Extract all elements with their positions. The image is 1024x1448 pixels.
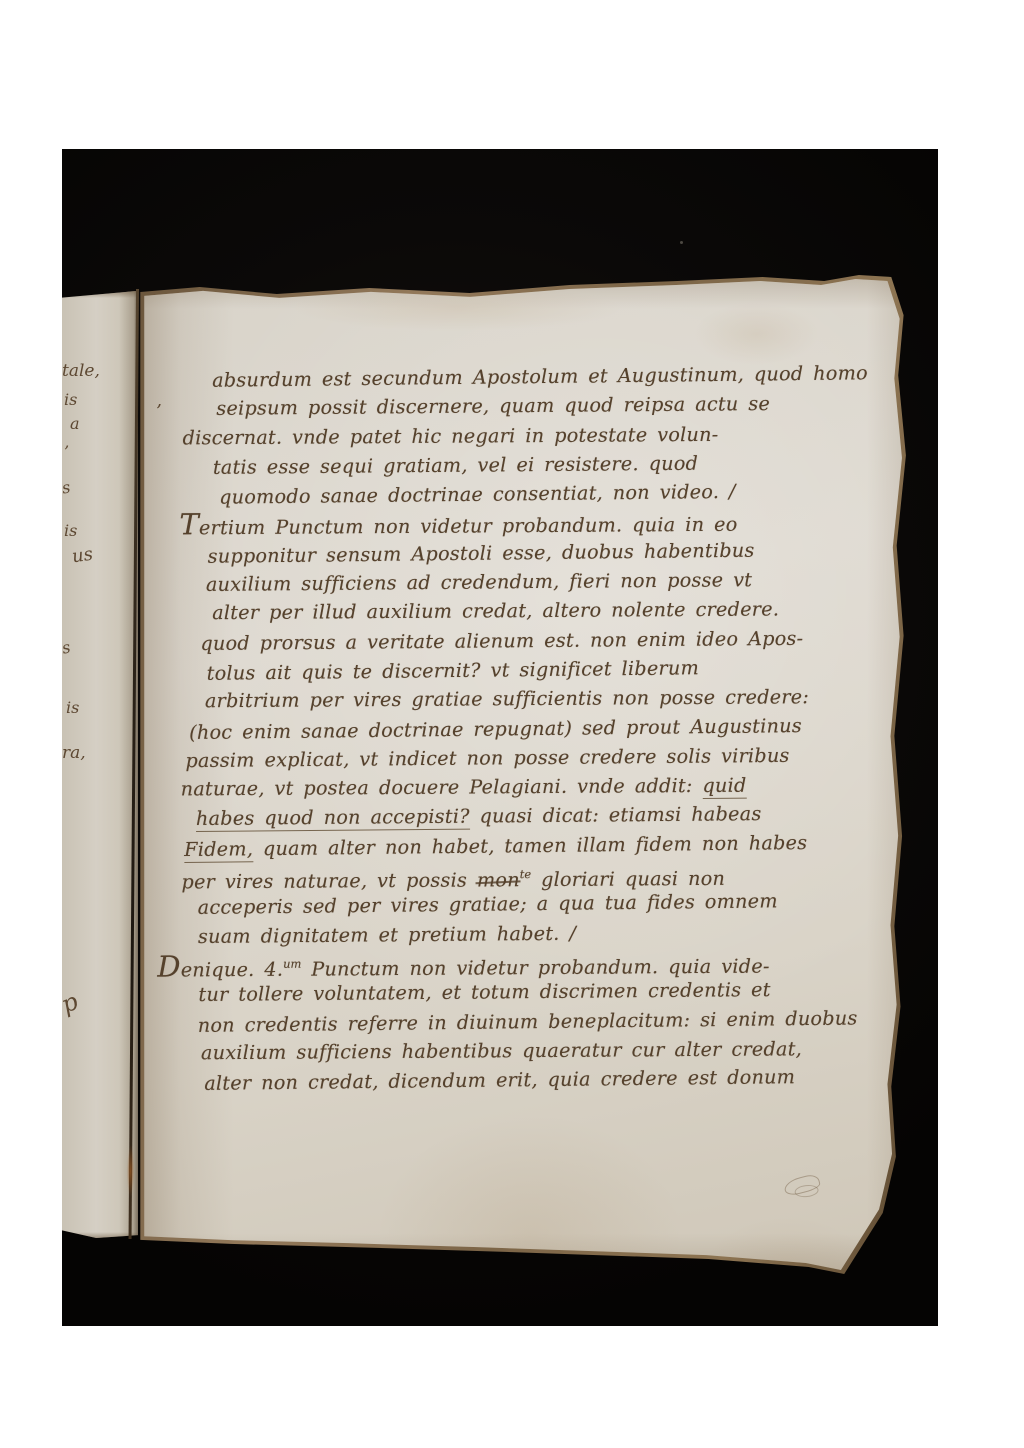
text-segment: naturae, vt postea docuere Pelagiani. vn… (181, 774, 703, 800)
facing-page-text-fragment: p (57, 987, 82, 1019)
manuscript-text-block: absurdum est secundum Apostolum et Augus… (196, 359, 892, 1097)
dust-speck (680, 241, 683, 244)
facing-page-text-fragment: us (71, 544, 95, 568)
manuscript-line: Denique. 4.um Punctum non videtur proban… (157, 946, 891, 980)
underlined-text: Fidem, (184, 837, 253, 863)
facing-page-text-fragment: s (60, 637, 72, 657)
manuscript-line: alter non credat, dicendum erit, quia cr… (204, 1061, 892, 1098)
facing-page-text-fragment: s (60, 477, 71, 497)
superscript-ordinal: um (283, 957, 301, 971)
manuscript-line: discernat. vnde patet hic negari in pote… (183, 418, 887, 452)
facing-page-text-fragment: is (66, 698, 79, 717)
book-photo-backdrop: tale, is a ’ s is us s is ra, p ’ absurd… (62, 149, 938, 1326)
text-segment: Denique. 4. (157, 958, 283, 982)
screenshot-root: tale, is a ’ s is us s is ra, p ’ absurd… (0, 0, 1024, 1448)
underlined-text: quid (702, 774, 746, 799)
facing-page-text-fragment: ra, (62, 743, 86, 763)
manuscript-line: alter per illud auxilium credat, altero … (212, 594, 888, 628)
text-segment: Punctum non videtur probandum. quia vide… (301, 954, 769, 980)
facing-page-text-fragment: tale, (62, 361, 100, 381)
facing-page-text-fragment: ’ (64, 442, 69, 461)
facing-page-edge: tale, is a ’ s is us s is ra, p (62, 291, 138, 1238)
stain (377, 1114, 682, 1359)
struck-word: mon (477, 868, 520, 891)
manuscript-page: ’ absurdum est secundum Apostolum et Aug… (142, 279, 905, 1273)
facing-page-text-fragment: is (64, 521, 77, 540)
stain (700, 1217, 875, 1337)
manuscript-line: naturae, vt postea docuere Pelagiani. vn… (181, 770, 890, 804)
facing-page-text-fragment: a (70, 414, 80, 433)
margin-mark: ’ (156, 401, 162, 422)
stain (694, 303, 819, 365)
superscript-correction: te (520, 867, 532, 881)
underlined-text: habes quod non accepisti? (196, 805, 470, 832)
pen-scribble (783, 1173, 822, 1197)
facing-page-text-fragment: is (64, 390, 77, 409)
text-segment: quasi dicat: etiamsi habeas (470, 803, 762, 829)
text-segment: quam alter non habet, tamen illam fidem … (253, 831, 807, 860)
